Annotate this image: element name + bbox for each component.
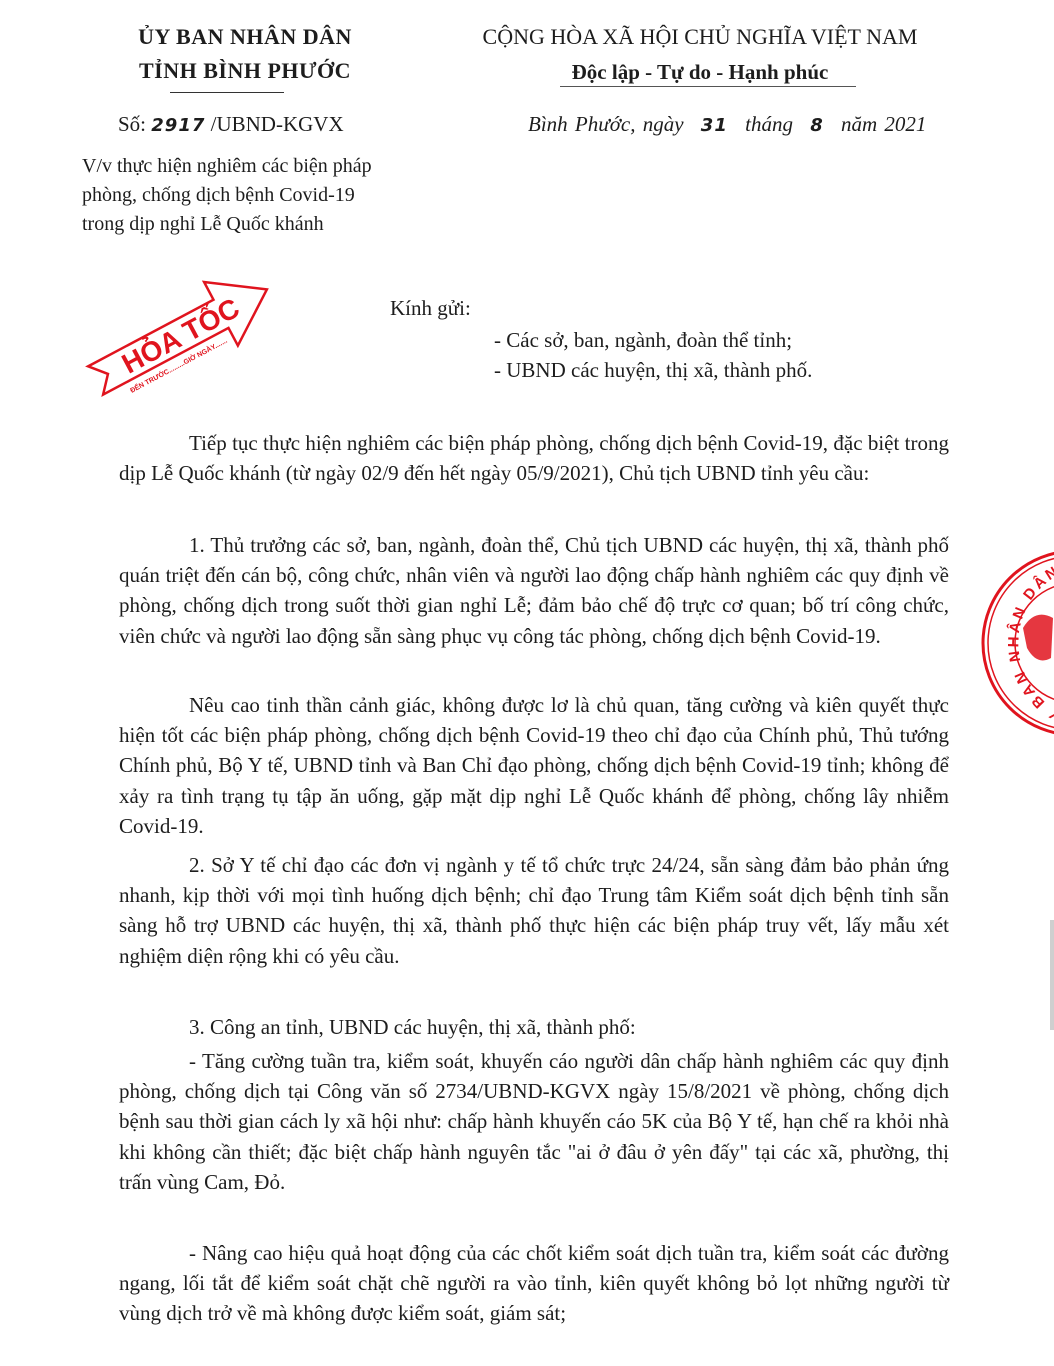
- subject-line: trong dịp nghỉ Lễ Quốc khánh: [82, 210, 432, 239]
- document-number-suffix: /UBND-KGVX: [211, 112, 344, 136]
- date-month-label: tháng: [745, 112, 793, 136]
- date-month: 8: [810, 115, 824, 136]
- national-motto: Độc lập - Tự do - Hạnh phúc: [440, 54, 960, 90]
- recipient-item: - Các sở, ban, ngành, đoàn thể tỉnh;: [494, 328, 792, 353]
- paragraph-text: 1. Thủ trưởng các sở, ban, ngành, đoàn t…: [119, 530, 949, 651]
- body-paragraph-3: 3. Công an tỉnh, UBND các huyện, thị xã,…: [119, 1012, 949, 1042]
- organization-line-2: TỈNH BÌNH PHƯỚC: [100, 54, 390, 88]
- organization-line-1: ỦY BAN NHÂN DÂN: [100, 20, 390, 54]
- paragraph-text: - Tăng cường tuần tra, kiểm soát, khuyến…: [119, 1046, 949, 1197]
- urgent-stamp: HỎA TỐC ĐẾN TRƯỚC.........GIỜ NGÀY......…: [80, 262, 290, 412]
- seal-emblem-icon: ỦY BAN NHÂN DÂN: [975, 548, 1054, 748]
- body-paragraph-intro: Tiếp tục thực hiện nghiêm các biện pháp …: [119, 428, 949, 488]
- national-title: CỘNG HÒA XÃ HỘI CHỦ NGHĨA VIỆT NAM: [440, 20, 960, 54]
- document-date: Bình Phước, ngày 31 tháng 8 năm 2021: [528, 112, 926, 137]
- date-prefix: Bình Phước, ngày: [528, 112, 684, 136]
- date-day: 31: [701, 115, 728, 136]
- subject-line: phòng, chống dịch bệnh Covid-19: [82, 181, 432, 210]
- body-paragraph-3a: - Tăng cường tuần tra, kiểm soát, khuyến…: [119, 1046, 949, 1197]
- body-paragraph-1-cont: Nêu cao tinh thần cảnh giác, không được …: [119, 690, 949, 841]
- body-paragraph-3b: - Nâng cao hiệu quả hoạt động của các ch…: [119, 1238, 949, 1329]
- organization-underline: [170, 92, 284, 93]
- official-seal: ỦY BAN NHÂN DÂN: [975, 548, 1054, 748]
- document-number-prefix: Số:: [118, 112, 146, 136]
- subject-line: V/v thực hiện nghiêm các biện pháp: [82, 152, 432, 181]
- body-paragraph-1: 1. Thủ trưởng các sở, ban, ngành, đoàn t…: [119, 530, 949, 651]
- urgent-arrow-icon: HỎA TỐC ĐẾN TRƯỚC.........GIỜ NGÀY......…: [80, 262, 290, 412]
- paragraph-text: 2. Sở Y tế chỉ đạo các đơn vị ngành y tế…: [119, 850, 949, 971]
- national-header: CỘNG HÒA XÃ HỘI CHỦ NGHĨA VIỆT NAM Độc l…: [440, 20, 960, 90]
- document-number: Số: 2917 /UBND-KGVX: [118, 112, 344, 137]
- document-number-value: 2917: [151, 115, 205, 136]
- date-year: năm 2021: [841, 112, 926, 136]
- document-subject: V/v thực hiện nghiêm các biện pháp phòng…: [82, 152, 432, 239]
- issuing-organization: ỦY BAN NHÂN DÂN TỈNH BÌNH PHƯỚC: [100, 20, 390, 88]
- body-paragraph-2: 2. Sở Y tế chỉ đạo các đơn vị ngành y tế…: [119, 850, 949, 971]
- recipient-item: - UBND các huyện, thị xã, thành phố.: [494, 358, 812, 383]
- paragraph-text: 3. Công an tỉnh, UBND các huyện, thị xã,…: [119, 1012, 949, 1042]
- paragraph-text: Nêu cao tinh thần cảnh giác, không được …: [119, 690, 949, 841]
- scan-edge-mark: [1050, 920, 1054, 1030]
- paragraph-text: Tiếp tục thực hiện nghiêm các biện pháp …: [119, 428, 949, 488]
- motto-underline: [560, 86, 856, 87]
- paragraph-text: - Nâng cao hiệu quả hoạt động của các ch…: [119, 1238, 949, 1329]
- recipients-label: Kính gửi:: [390, 296, 471, 321]
